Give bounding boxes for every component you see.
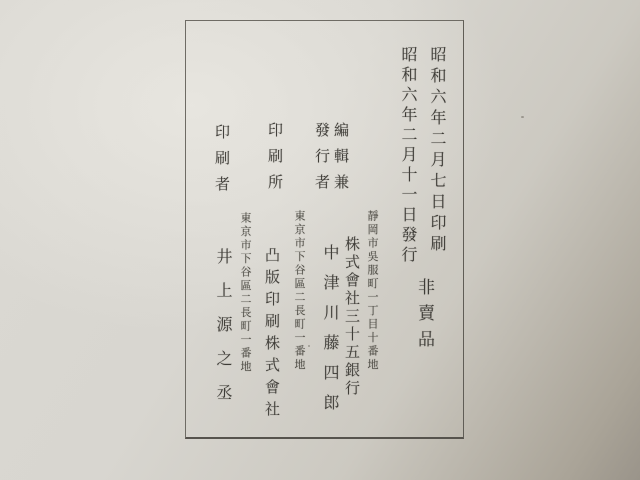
printing-office-address: 東京市下谷區二長町一番地 — [291, 210, 307, 372]
dust-speck — [308, 345, 310, 347]
publisher-name: 中津川藤四郎 — [318, 244, 341, 424]
publisher-address: 靜岡市吳服町一丁目十番地 — [364, 210, 380, 372]
printer-address: 東京市下谷區二長町一番地 — [237, 212, 253, 374]
printed-date-column: 昭和六年二月七日印刷 — [425, 46, 448, 256]
publisher-organization: 株式會社三十五銀行 — [341, 236, 362, 398]
issued-date-column: 昭和六年二月十一日發行 — [396, 46, 419, 266]
publisher-role-label-right: 編輯兼 — [330, 122, 351, 200]
publisher-role-label-left: 發行者 — [311, 122, 332, 200]
not-for-sale-label: 非賣品 — [412, 278, 437, 356]
printing-office-name: 凸版印刷株式會社 — [261, 247, 282, 423]
printer-label: 印刷者 — [211, 124, 232, 202]
dust-speck — [521, 116, 524, 118]
printing-office-label: 印刷所 — [264, 122, 285, 200]
book-page-photo: 昭和六年二月七日印刷 昭和六年二月十一日發行 非賣品 編輯兼 發行者 靜岡市吳服… — [0, 0, 640, 480]
printer-name: 井上源之丞 — [211, 248, 234, 418]
